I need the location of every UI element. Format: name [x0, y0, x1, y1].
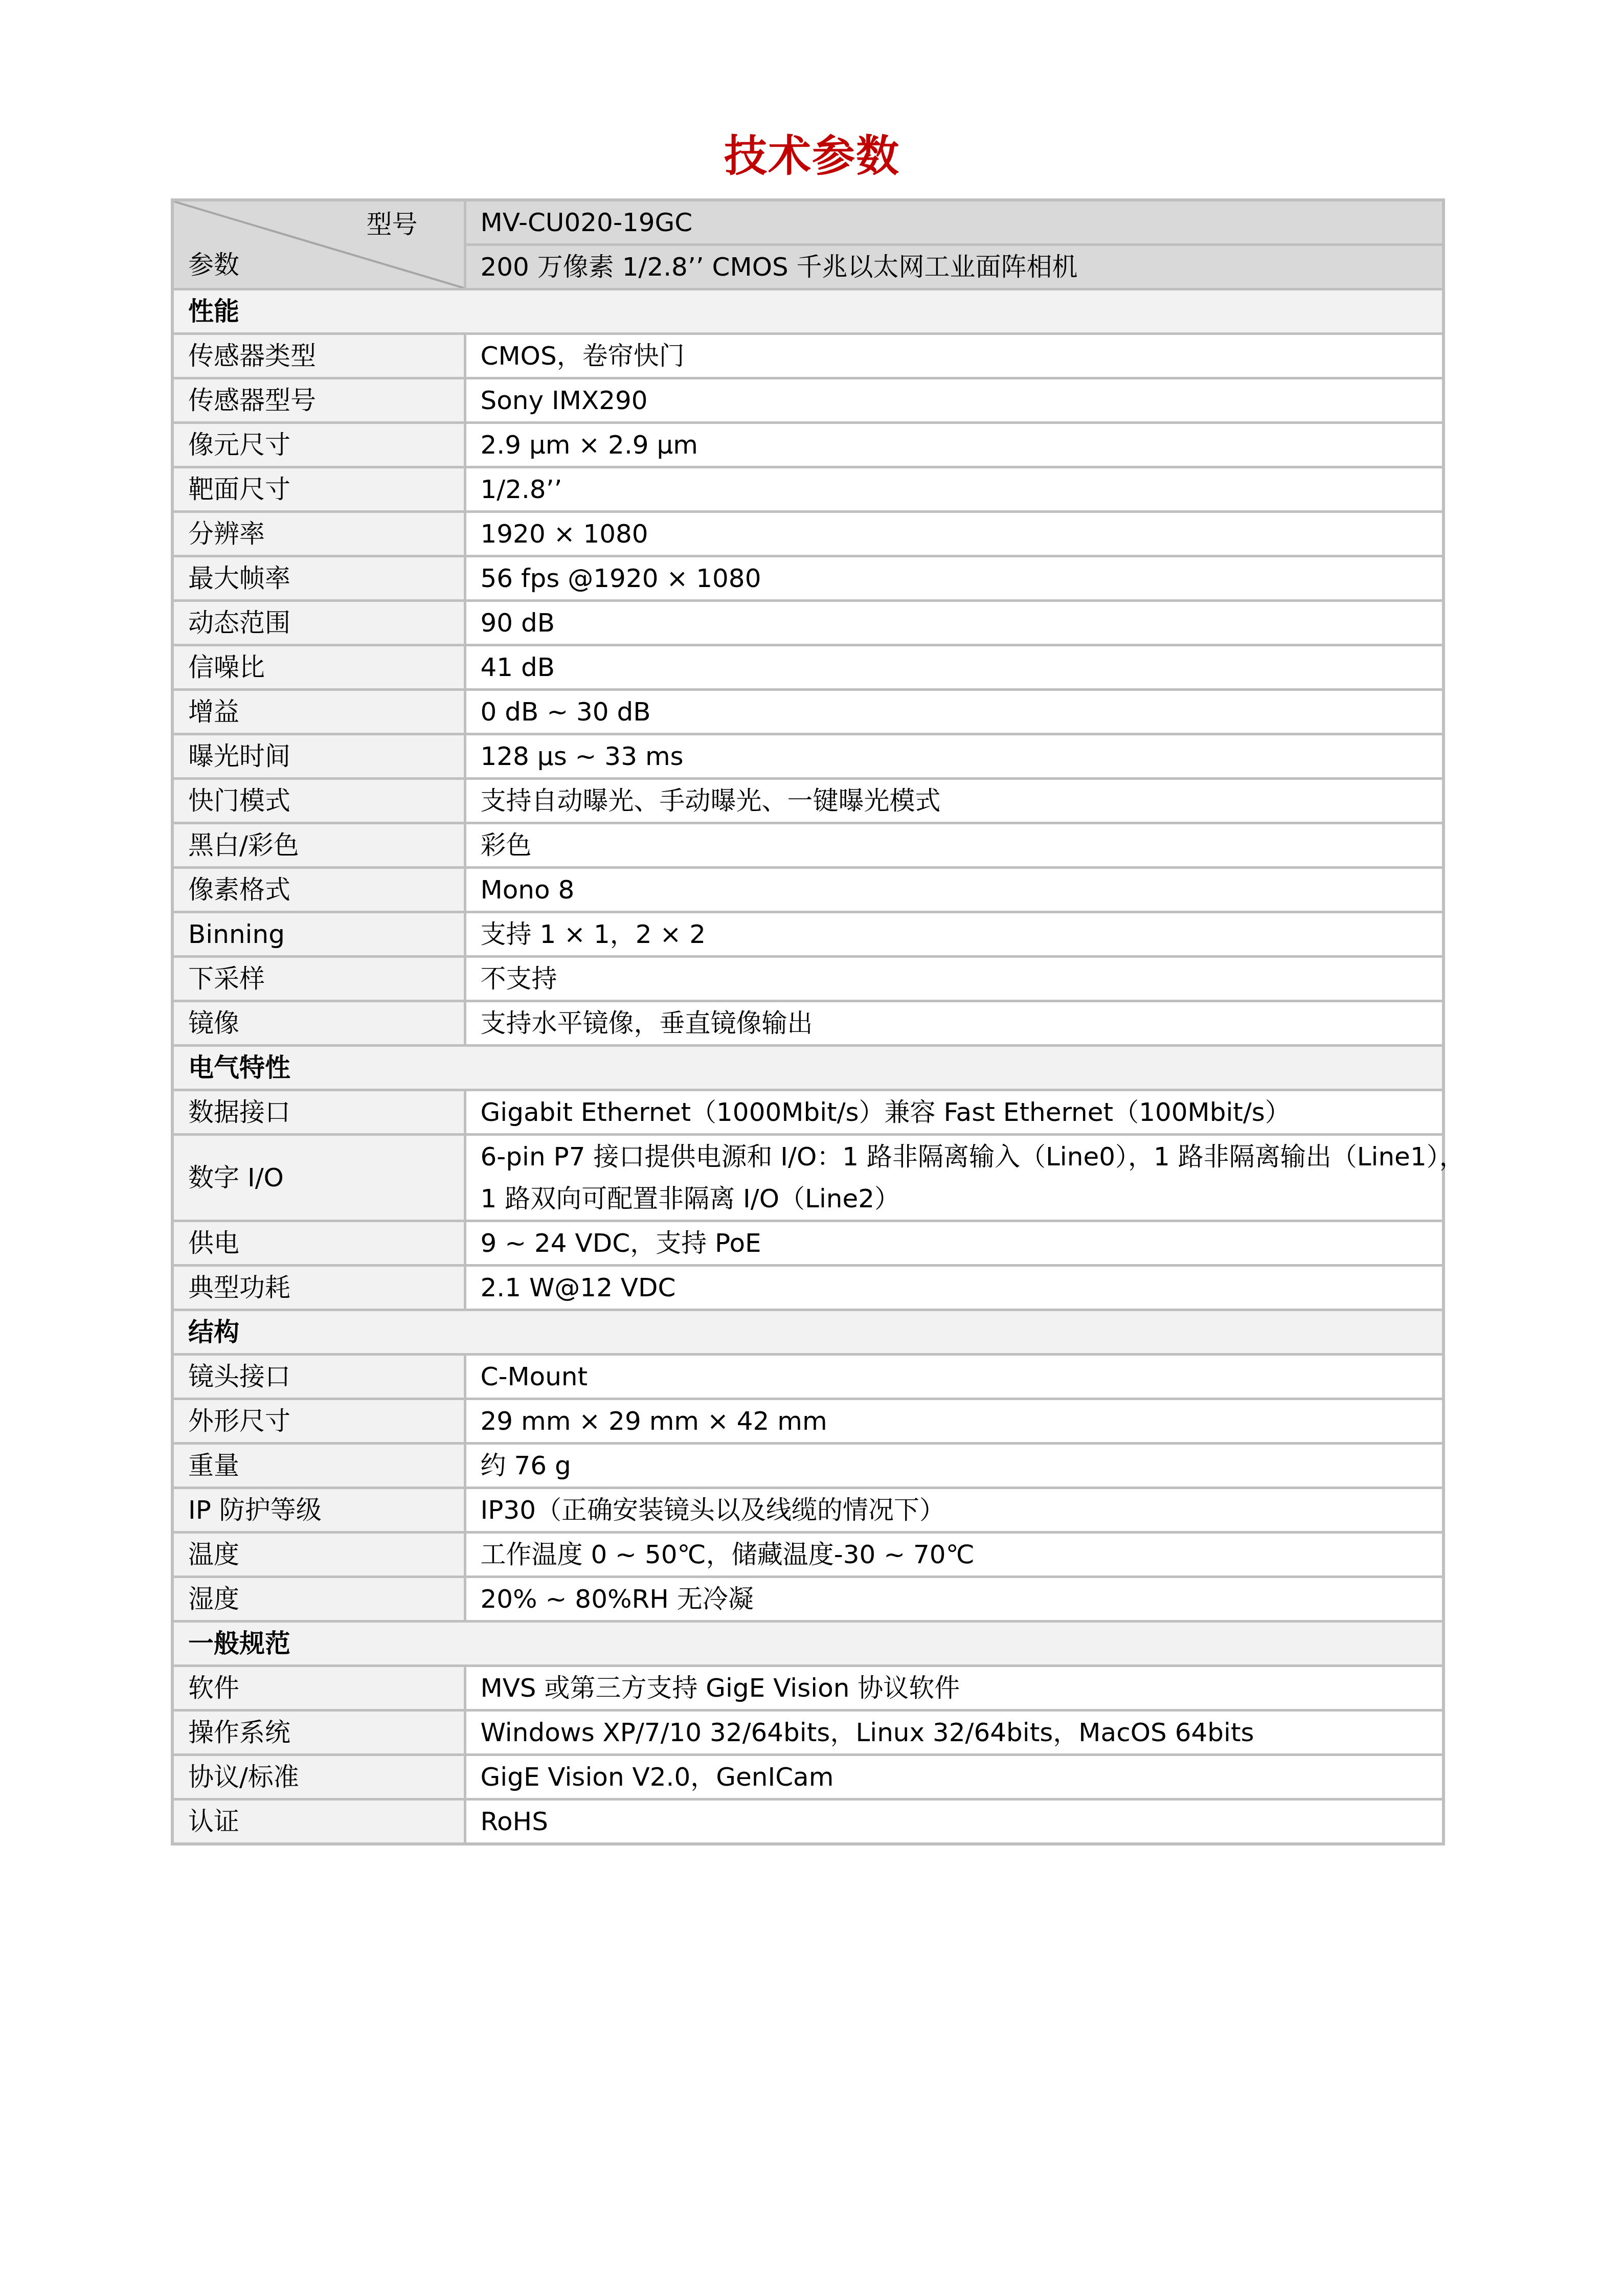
row-label: 黑白/彩色: [172, 823, 465, 868]
model-description: 200 万像素 1/2.8’’ CMOS 千兆以太网工业面阵相机: [465, 245, 1443, 289]
table-row: 镜像支持水平镜像，垂直镜像输出: [172, 1001, 1443, 1046]
row-value: Windows XP/7/10 32/64bits，Linux 32/64bit…: [465, 1710, 1443, 1755]
row-value: 128 μs ~ 33 ms: [465, 734, 1443, 779]
row-value: CMOS，卷帘快门: [465, 334, 1443, 378]
table-row: 外形尺寸29 mm × 29 mm × 42 mm: [172, 1399, 1443, 1444]
table-row: 快门模式支持自动曝光、手动曝光、一键曝光模式: [172, 779, 1443, 823]
table-row: 分辨率1920 × 1080: [172, 512, 1443, 556]
row-value: 1920 × 1080: [465, 512, 1443, 556]
section-row-general: 一般规范: [172, 1622, 1443, 1666]
row-label: 动态范围: [172, 601, 465, 645]
row-label: 数据接口: [172, 1090, 465, 1135]
row-label: 镜像: [172, 1001, 465, 1046]
row-label: 增益: [172, 690, 465, 734]
table-row: 协议/标准GigE Vision V2.0，GenICam: [172, 1755, 1443, 1799]
table-row: 传感器类型CMOS，卷帘快门: [172, 334, 1443, 378]
section-title: 一般规范: [172, 1622, 1443, 1666]
row-value: 6-pin P7 接口提供电源和 I/O：1 路非隔离输入（Line0），1 路…: [465, 1135, 1443, 1221]
row-value: 9 ~ 24 VDC，支持 PoE: [465, 1221, 1443, 1266]
row-value: 2.9 µm × 2.9 µm: [465, 423, 1443, 467]
row-label: 湿度: [172, 1577, 465, 1622]
row-value-line: 6-pin P7 接口提供电源和 I/O：1 路非隔离输入（Line0），1 路…: [481, 1136, 1442, 1178]
row-label: 曝光时间: [172, 734, 465, 779]
row-value: 支持自动曝光、手动曝光、一键曝光模式: [465, 779, 1443, 823]
row-label: Binning: [172, 912, 465, 957]
row-value: C-Mount: [465, 1355, 1443, 1399]
row-value: 支持水平镜像，垂直镜像输出: [465, 1001, 1443, 1046]
model-header-label: 型号: [367, 204, 418, 245]
table-row: 曝光时间128 μs ~ 33 ms: [172, 734, 1443, 779]
row-value: Sony IMX290: [465, 378, 1443, 423]
section-row-performance: 性能: [172, 289, 1443, 334]
row-label: 最大帧率: [172, 556, 465, 601]
row-value: 支持 1 × 1，2 × 2: [465, 912, 1443, 957]
row-value: Gigabit Ethernet（1000Mbit/s）兼容 Fast Ethe…: [465, 1090, 1443, 1135]
row-value: 1/2.8’’: [465, 467, 1443, 512]
table-row: 传感器型号Sony IMX290: [172, 378, 1443, 423]
row-value: 工作温度 0 ~ 50℃，储藏温度-30 ~ 70℃: [465, 1533, 1443, 1577]
row-value-line: 1 路双向可配置非隔离 I/O（Line2）: [481, 1178, 1442, 1220]
page-title: 技术参数: [0, 128, 1624, 184]
table-row: 靶面尺寸1/2.8’’: [172, 467, 1443, 512]
table-row: 像素格式Mono 8: [172, 868, 1443, 912]
param-header-label: 参数: [188, 244, 239, 286]
section-title: 电气特性: [172, 1046, 1443, 1090]
row-value: 彩色: [465, 823, 1443, 868]
header-row-model: 型号 参数 MV-CU020-19GC: [172, 200, 1443, 245]
row-value: 20% ~ 80%RH 无冷凝: [465, 1577, 1443, 1622]
row-label: 外形尺寸: [172, 1399, 465, 1444]
row-value: GigE Vision V2.0，GenICam: [465, 1755, 1443, 1799]
model-number: MV-CU020-19GC: [465, 200, 1443, 245]
row-label: 传感器类型: [172, 334, 465, 378]
row-label: 传感器型号: [172, 378, 465, 423]
row-value: 56 fps @1920 × 1080: [465, 556, 1443, 601]
table-row: 增益0 dB ~ 30 dB: [172, 690, 1443, 734]
table-row: Binning支持 1 × 1，2 × 2: [172, 912, 1443, 957]
row-value: 约 76 g: [465, 1444, 1443, 1488]
table-row: 像元尺寸2.9 µm × 2.9 µm: [172, 423, 1443, 467]
row-label: 典型功耗: [172, 1266, 465, 1310]
row-label: 镜头接口: [172, 1355, 465, 1399]
table-row: 供电9 ~ 24 VDC，支持 PoE: [172, 1221, 1443, 1266]
row-value: 41 dB: [465, 645, 1443, 690]
row-label: 靶面尺寸: [172, 467, 465, 512]
row-value: 不支持: [465, 957, 1443, 1001]
row-label: 分辨率: [172, 512, 465, 556]
table-row: 黑白/彩色彩色: [172, 823, 1443, 868]
section-title: 结构: [172, 1310, 1443, 1355]
row-label: 供电: [172, 1221, 465, 1266]
table-row: 数据接口Gigabit Ethernet（1000Mbit/s）兼容 Fast …: [172, 1090, 1443, 1135]
table-row: 信噪比41 dB: [172, 645, 1443, 690]
row-value: 29 mm × 29 mm × 42 mm: [465, 1399, 1443, 1444]
row-label: 数字 I/O: [172, 1135, 465, 1221]
row-value: MVS 或第三方支持 GigE Vision 协议软件: [465, 1666, 1443, 1710]
row-label: 快门模式: [172, 779, 465, 823]
table-row: IP 防护等级IP30（正确安装镜头以及线缆的情况下）: [172, 1488, 1443, 1533]
row-label: IP 防护等级: [172, 1488, 465, 1533]
table-row: 软件MVS 或第三方支持 GigE Vision 协议软件: [172, 1666, 1443, 1710]
row-label: 温度: [172, 1533, 465, 1577]
row-value: 90 dB: [465, 601, 1443, 645]
row-label: 像素格式: [172, 868, 465, 912]
table-row: 操作系统Windows XP/7/10 32/64bits，Linux 32/6…: [172, 1710, 1443, 1755]
row-label: 重量: [172, 1444, 465, 1488]
row-label: 软件: [172, 1666, 465, 1710]
table-row: 最大帧率56 fps @1920 × 1080: [172, 556, 1443, 601]
row-label: 协议/标准: [172, 1755, 465, 1799]
table-row: 认证RoHS: [172, 1799, 1443, 1844]
section-row-structure: 结构: [172, 1310, 1443, 1355]
table-row: 镜头接口C-Mount: [172, 1355, 1443, 1399]
table-row: 典型功耗2.1 W@12 VDC: [172, 1266, 1443, 1310]
table-row: 温度工作温度 0 ~ 50℃，储藏温度-30 ~ 70℃: [172, 1533, 1443, 1577]
row-label: 信噪比: [172, 645, 465, 690]
table-row: 湿度20% ~ 80%RH 无冷凝: [172, 1577, 1443, 1622]
table-row: 数字 I/O 6-pin P7 接口提供电源和 I/O：1 路非隔离输入（Lin…: [172, 1135, 1443, 1221]
diagonal-header-cell: 型号 参数: [172, 200, 465, 289]
table-row: 下采样不支持: [172, 957, 1443, 1001]
row-value: 2.1 W@12 VDC: [465, 1266, 1443, 1310]
row-label: 下采样: [172, 957, 465, 1001]
table-row: 重量约 76 g: [172, 1444, 1443, 1488]
row-value: IP30（正确安装镜头以及线缆的情况下）: [465, 1488, 1443, 1533]
table-row: 动态范围90 dB: [172, 601, 1443, 645]
section-title: 性能: [172, 289, 1443, 334]
row-value: Mono 8: [465, 868, 1443, 912]
spec-table: 型号 参数 MV-CU020-19GC 200 万像素 1/2.8’’ CMOS…: [171, 198, 1445, 1845]
row-label: 认证: [172, 1799, 465, 1844]
row-label: 像元尺寸: [172, 423, 465, 467]
row-label: 操作系统: [172, 1710, 465, 1755]
section-row-electrical: 电气特性: [172, 1046, 1443, 1090]
row-value: RoHS: [465, 1799, 1443, 1844]
row-value: 0 dB ~ 30 dB: [465, 690, 1443, 734]
